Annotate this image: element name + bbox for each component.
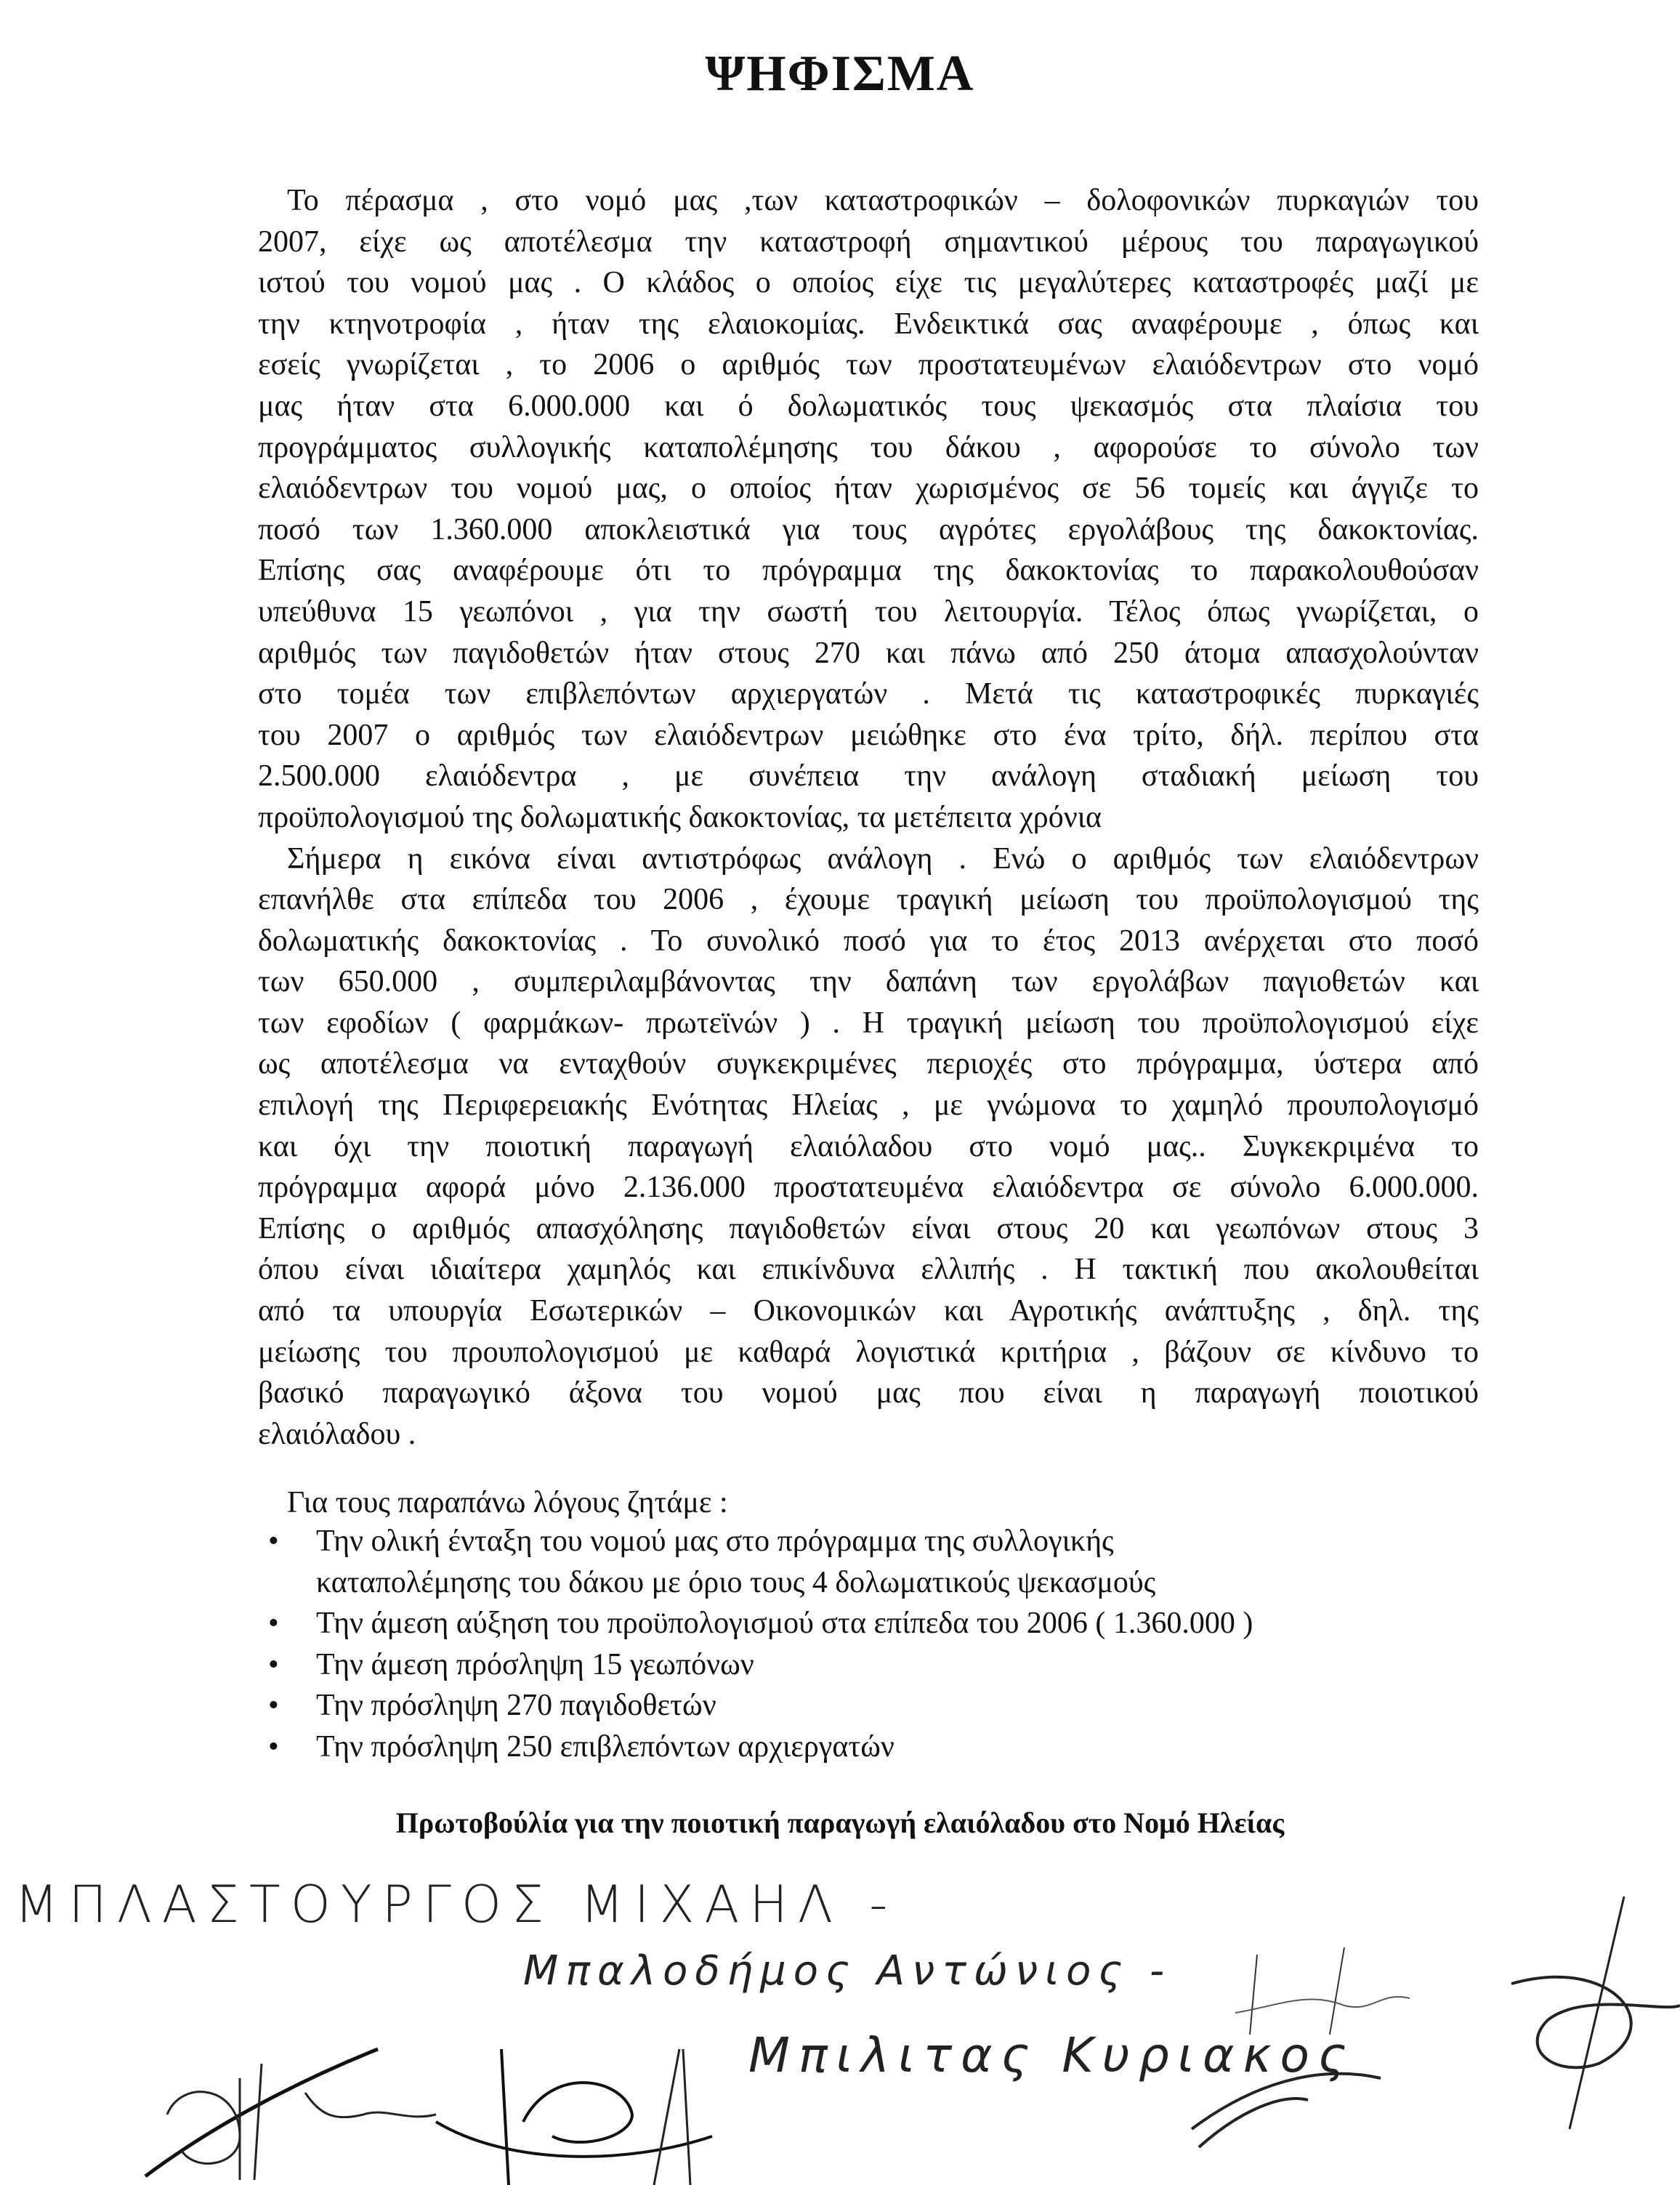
body-line: ελαιόδεντρων του νομού μας, ο οποίος ήτα… [258, 468, 1479, 509]
bullet-icon: • [268, 1726, 279, 1768]
bullet-icon: • [268, 1521, 279, 1562]
body-line: από τα υπουργία Εσωτερικών – Οικονομικών… [258, 1291, 1479, 1332]
body-line: των 650.000 , συμπεριλαμβάνοντας την δαπ… [258, 961, 1479, 1003]
body-line: αριθμός των παγιδοθετών ήταν στους 270 κ… [258, 633, 1479, 674]
body-line: ιστού του νομού μας . Ο κλάδος ο οποίος … [258, 262, 1479, 304]
demand-item: • Την άμεση πρόσληψη 15 γεωπόνων [258, 1644, 1493, 1686]
body-line: πρόγραμμα αφορά μόνο 2.136.000 προστατευ… [258, 1167, 1479, 1208]
body-line: μείωσης του προυπολογισμού με καθαρά λογ… [258, 1332, 1479, 1373]
demand-item: • Την πρόσληψη 270 παγιδοθετών [258, 1685, 1493, 1726]
body-line: προϋπολογισμού της δολωματικής δακοκτονί… [258, 797, 1479, 839]
body-line: Επίσης σας αναφέρουμε ότι το πρόγραμμα τ… [258, 550, 1479, 591]
demand-item: • Την ολική ένταξη του νομού μας στο πρό… [258, 1521, 1493, 1603]
body-line: και όχι την ποιοτική παραγωγή ελαιόλαδου… [258, 1126, 1479, 1168]
body-line: στο τομέα των επιβλεπόντων αρχιεργατών .… [258, 674, 1479, 715]
body-line: Επίσης ο αριθμός απασχόλησης παγιδοθετών… [258, 1208, 1479, 1250]
demand-text: Την άμεση πρόσληψη 15 γεωπόνων [316, 1648, 754, 1681]
demand-text: Την άμεση αύξηση του προϋπολογισμού στα … [316, 1607, 1253, 1640]
body-line: Σήμερα η εικόνα είναι αντιστρόφως ανάλογ… [258, 839, 1479, 880]
demands-intro: Για τους παραπάνω λόγους ζητάμε : [287, 1482, 728, 1524]
demand-text-continued: καταπολέμησης του δάκου με όριο τους 4 δ… [316, 1566, 1155, 1599]
body-line: επιλογή της Περιφερειακής Ενότητας Ηλεία… [258, 1085, 1479, 1126]
body-line: υπεύθυνα 15 γεωπόνοι , για την σωστή του… [258, 591, 1479, 633]
signature-scrawl-icon [0, 1773, 1680, 2185]
document-title: ΨΗΦΙΣΜΑ [0, 45, 1680, 103]
body-line: εσείς γνωρίζεται , το 2006 ο αριθμός των… [258, 344, 1479, 386]
demand-text: Την ολική ένταξη του νομού μας στο πρόγρ… [316, 1524, 1114, 1558]
demands-list: • Την ολική ένταξη του νομού μας στο πρό… [258, 1521, 1493, 1768]
body-line: επανήλθε στα επίπεδα του 2006 , έχουμε τ… [258, 879, 1479, 921]
body-line: όπου είναι ιδιαίτερα χαμηλός και επικίνδ… [258, 1249, 1479, 1291]
bullet-icon: • [268, 1644, 279, 1686]
body-line: ως αποτέλεσμα να ενταχθούν συγκεκριμένες… [258, 1043, 1479, 1085]
body-line: βασικό παραγωγικό άξονα του νομού μας πο… [258, 1373, 1479, 1414]
body-line: ποσό των 1.360.000 αποκλειστικά για τους… [258, 509, 1479, 551]
body-line: την κτηνοτροφία , ήταν της ελαιοκομίας. … [258, 304, 1479, 345]
body-line: του 2007 ο αριθμός των ελαιόδεντρων μειώ… [258, 715, 1479, 756]
body-line: Το πέρασμα , στο νομό μας ,των καταστροφ… [258, 180, 1479, 222]
body-line: ελαιόλαδου . [258, 1414, 1479, 1455]
demand-text: Την πρόσληψη 270 παγιδοθετών [316, 1689, 716, 1722]
body-line: 2007, είχε ως αποτέλεσμα την καταστροφή … [258, 222, 1479, 263]
bullet-icon: • [268, 1685, 279, 1726]
bullet-icon: • [268, 1603, 279, 1644]
demand-text: Την πρόσληψη 250 επιβλεπόντων αρχιεργατώ… [316, 1730, 894, 1764]
body-line: προγράμματος συλλογικής καταπολέμησης το… [258, 427, 1479, 469]
body-line: δολωματικής δακοκτονίας . Το συνολικό πο… [258, 921, 1479, 962]
demand-item: • Την άμεση αύξηση του προϋπολογισμού στ… [258, 1603, 1493, 1644]
body-line: των εφοδίων ( φαρμάκων- πρωτεϊνών ) . Η … [258, 1003, 1479, 1044]
demand-item: • Την πρόσληψη 250 επιβλεπόντων αρχιεργα… [258, 1726, 1493, 1768]
resolution-body: Το πέρασμα , στο νομό μας ,των καταστροφ… [258, 180, 1479, 1455]
body-line: μας ήταν στα 6.000.000 και ό δολωματικός… [258, 386, 1479, 427]
body-line: 2.500.000 ελαιόδεντρα , με συνέπεια την … [258, 756, 1479, 797]
